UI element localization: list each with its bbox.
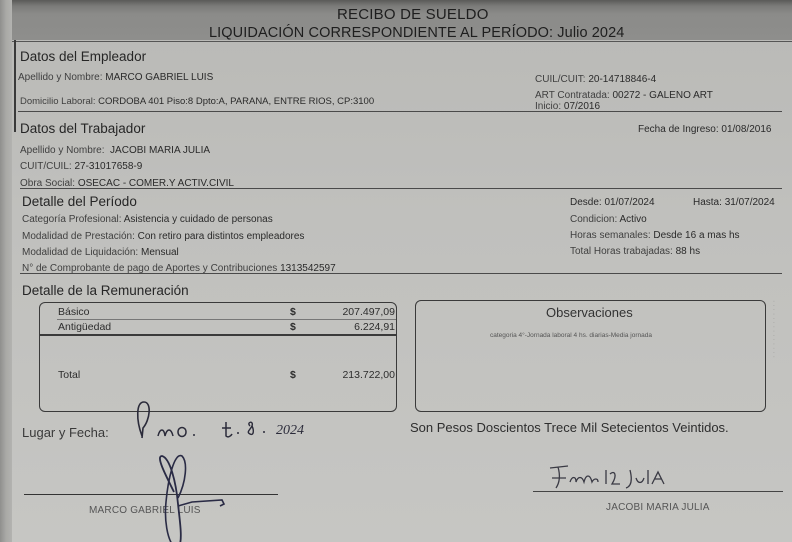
remuneration-currency: $	[290, 321, 296, 333]
period-to: Hasta: 31/07/2024	[693, 197, 775, 208]
table-divider	[40, 334, 396, 336]
place-date-label: Lugar y Fecha:	[22, 425, 109, 440]
period-modality: Modalidad de Prestación: Con retiro para…	[22, 231, 304, 242]
document-subtitle: LIQUIDACIÓN CORRESPONDIENTE AL PERÍODO: …	[209, 25, 624, 41]
divider	[20, 188, 782, 189]
worker-name: Apellido y Nombre: JACOBI MARIA JULIA	[20, 145, 210, 156]
divider	[18, 111, 782, 112]
amount-in-words: Son Pesos Doscientos Trece Mil Setecient…	[410, 420, 729, 435]
employer-name: Apellido y Nombre: MARCO GABRIEL LUIS	[18, 72, 213, 83]
remuneration-currency: $	[290, 306, 296, 318]
employer-art: ART Contratada: 00272 - GALENO ART	[535, 90, 713, 101]
remuneration-concept: Antigüedad	[58, 321, 111, 333]
remuneration-amount: 207.497,09	[342, 306, 395, 318]
total-label: Total	[58, 369, 80, 381]
left-border	[14, 40, 16, 132]
row-rule	[57, 319, 396, 320]
remuneration-concept: Básico	[58, 306, 90, 318]
worker-signature	[548, 464, 678, 494]
period-total-hours: Total Horas trabajadas: 88 hs	[570, 246, 700, 257]
period-from: Desde: 01/07/2024	[570, 197, 655, 208]
worker-hire-date: Fecha de Ingreso: 01/08/2016	[638, 124, 771, 135]
observations-title: Observaciones	[546, 305, 633, 320]
period-liquidation: Modalidad de Liquidación: Mensual	[22, 247, 179, 258]
total-currency: $	[290, 369, 296, 381]
handwritten-place-date: 2024	[130, 398, 340, 443]
worker-cuit: CUIT/CUIL: 27-31017658-9	[20, 161, 142, 172]
svg-text:2024: 2024	[276, 423, 304, 438]
document-title: RECIBO DE SUELDO	[337, 6, 489, 23]
employer-cuit: CUIL/CUIT: 20-14718846-4	[535, 74, 656, 85]
employer-address: Domicilio Laboral: CORDOBA 401 Piso:8 Dp…	[20, 96, 374, 107]
margin-print: · · · · · · · · · · · · · ·	[770, 300, 777, 358]
remuneration-section-title: Detalle de la Remuneración	[22, 283, 189, 298]
divider	[12, 41, 792, 42]
worker-signature-name: JACOBI MARIA JULIA	[606, 502, 710, 513]
total-amount: 213.722,00	[342, 369, 395, 381]
divider	[20, 273, 782, 274]
remuneration-amount: 6.224,91	[354, 321, 395, 333]
period-weekly-hours: Horas semanales: Desde 16 a mas hs	[570, 230, 740, 241]
employer-signature	[150, 452, 230, 542]
period-section-title: Detalle del Período	[22, 194, 137, 209]
observations-text: categoria 4°-Jornada laboral 4 hs. diari…	[490, 332, 652, 339]
period-category: Categoría Profesional: Asistencia y cuid…	[22, 214, 273, 225]
worker-section-title: Datos del Trabajador	[20, 121, 145, 136]
employer-section-title: Datos del Empleador	[20, 49, 146, 64]
period-condition: Condicion: Activo	[570, 214, 647, 225]
